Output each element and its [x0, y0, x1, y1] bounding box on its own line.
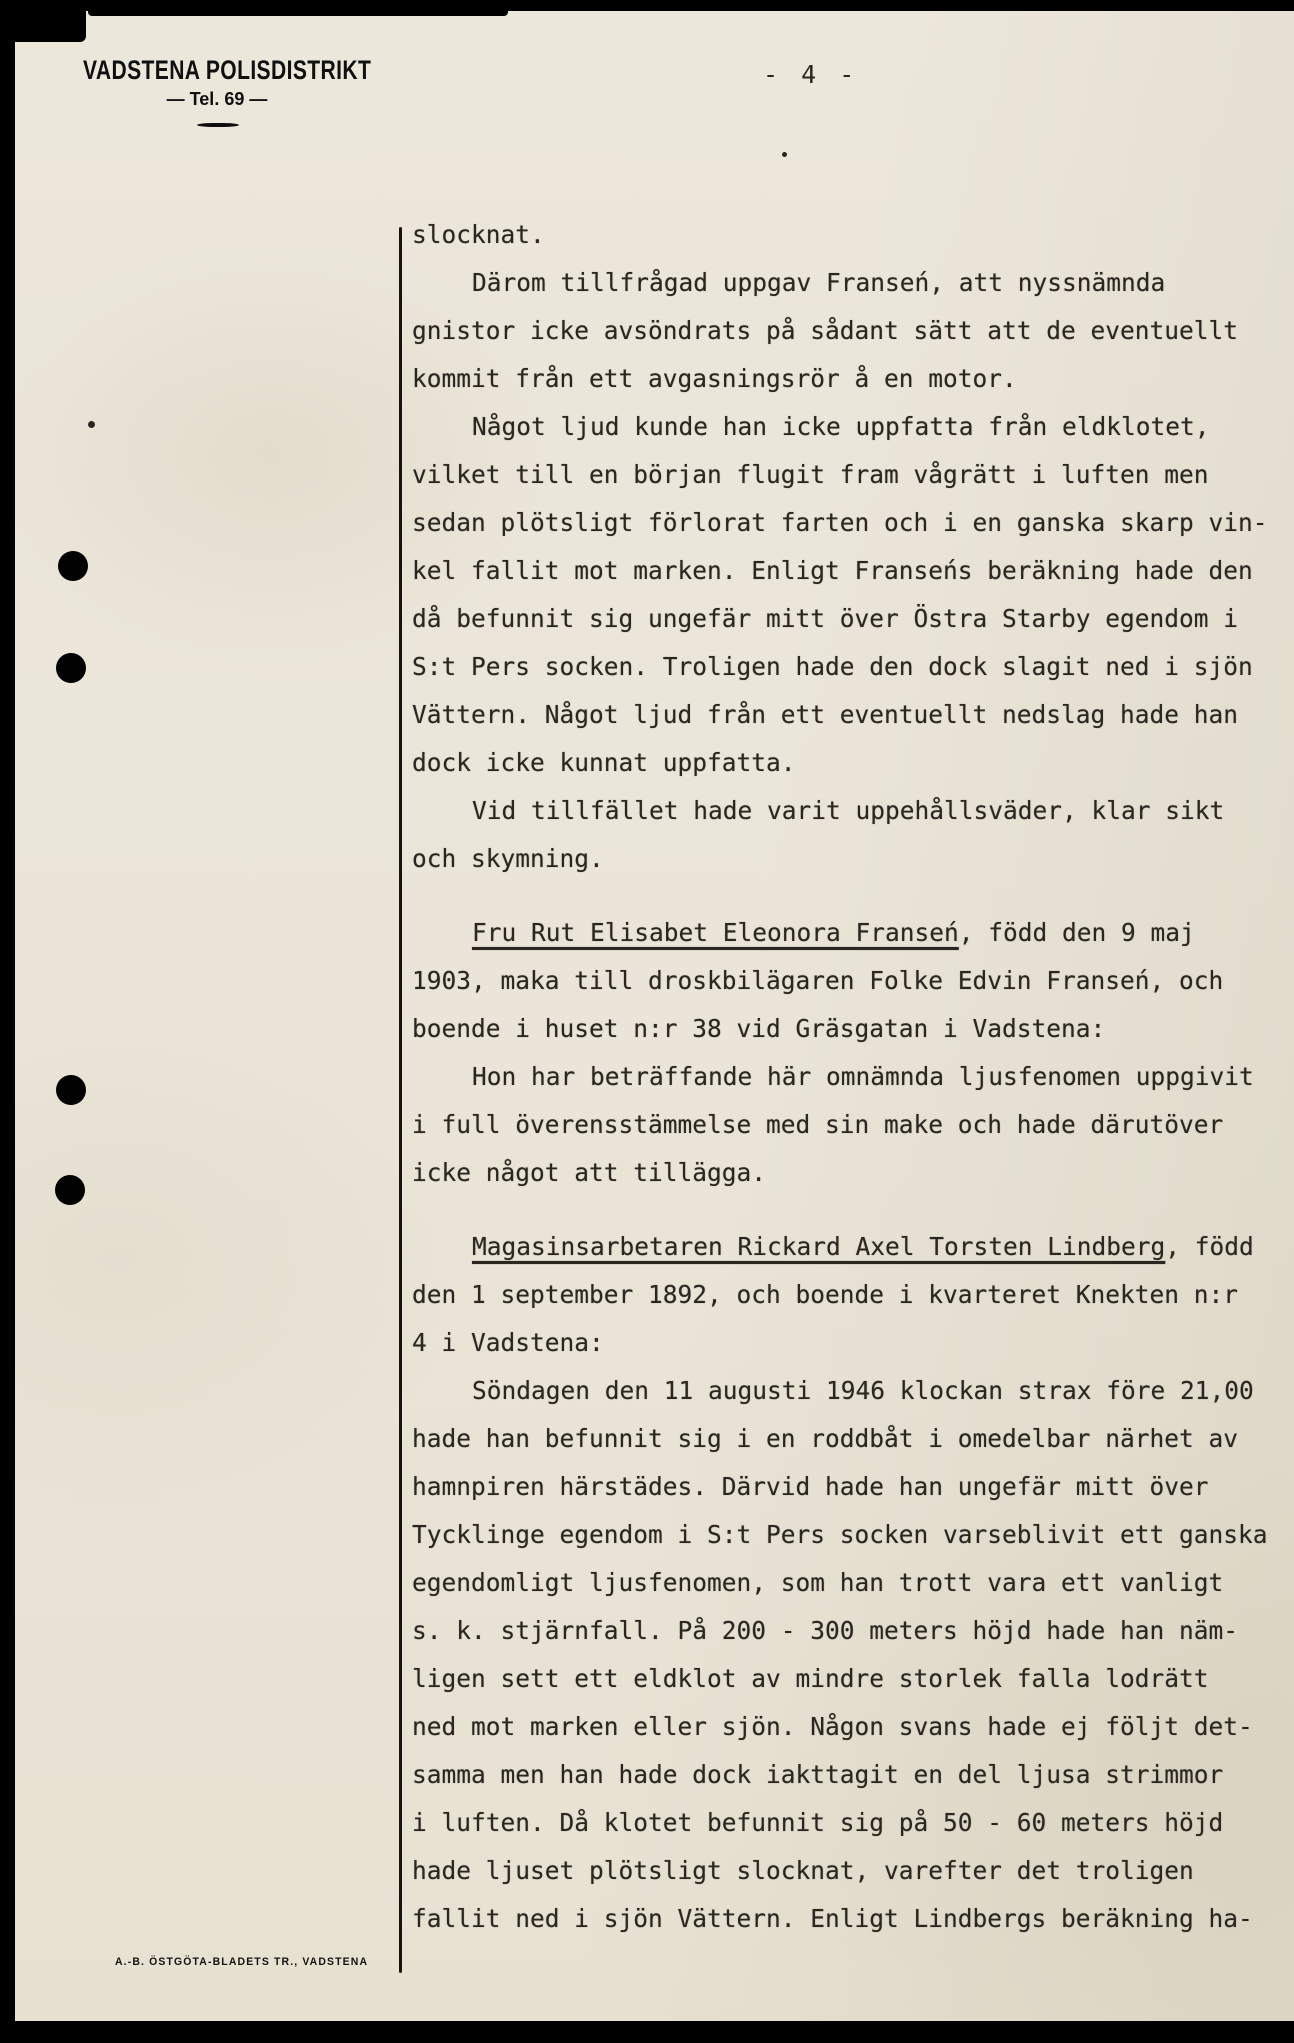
text-segment: ned mot marken eller sjön. Någon svans h…: [412, 1712, 1253, 1741]
text-line: icke något att tillägga.: [412, 1149, 1294, 1197]
text-segment: kommit från ett avgasningsrör å en motor…: [412, 364, 1017, 393]
text-line: ligen sett ett eldklot av mindre storlek…: [412, 1655, 1294, 1703]
text-line: Därom tillfrågad uppgav Franseń, att nys…: [412, 259, 1294, 307]
text-segment: hade ljuset plötsligt slocknat, varefter…: [412, 1856, 1194, 1885]
text-line: ned mot marken eller sjön. Någon svans h…: [412, 1703, 1294, 1751]
text-line: den 1 september 1892, och boende i kvart…: [412, 1271, 1294, 1319]
printer-imprint: A.-B. ÖSTGÖTA-BLADETS TR., VADSTENA: [115, 1956, 368, 1968]
text-line: slocknat.: [412, 211, 1294, 259]
text-segment: egendomligt ljusfenomen, som han trott v…: [412, 1568, 1223, 1597]
text-segment: sedan plötsligt förlorat farten och i en…: [412, 508, 1268, 537]
letterhead-telephone: — Tel. 69 —: [83, 89, 351, 110]
text-line: Söndagen den 11 augusti 1946 klockan str…: [412, 1367, 1294, 1415]
text-line: då befunnit sig ungefär mitt över Östra …: [412, 595, 1294, 643]
text-line: hamnpiren härstädes. Därvid hade han ung…: [412, 1463, 1294, 1511]
text-line: kel fallit mot marken. Enligt Franseńs b…: [412, 547, 1294, 595]
text-segment: slocknat.: [412, 220, 545, 249]
text-line: Fru Rut Elisabet Eleonora Franseń, född …: [412, 909, 1294, 957]
text-line: 4 i Vadstena:: [412, 1319, 1294, 1367]
text-segment: S:t Pers socken. Troligen hade den dock …: [412, 652, 1253, 681]
text-line: samma men han hade dock iakttagit en del…: [412, 1751, 1294, 1799]
text-segment: dock icke kunnat uppfatta.: [412, 748, 796, 777]
text-line: S:t Pers socken. Troligen hade den dock …: [412, 643, 1294, 691]
text-segment: i full överensstämmelse med sin make och…: [412, 1110, 1223, 1139]
text-line: s. k. stjärnfall. På 200 - 300 meters hö…: [412, 1607, 1294, 1655]
letterhead-flourish-rule: [197, 123, 239, 127]
text-line: gnistor icke avsöndrats på sådant sätt a…: [412, 307, 1294, 355]
text-line: dock icke kunnat uppfatta.: [412, 739, 1294, 787]
letterhead-organization: VADSTENA POLISDISTRIKT: [83, 55, 371, 86]
scan-artifact-top-edge: [88, 0, 508, 16]
text-segment: , född den 9 maj: [959, 918, 1195, 947]
text-line: boende i huset n:r 38 vid Gräsgatan i Va…: [412, 1005, 1294, 1053]
text-segment: s. k. stjärnfall. På 200 - 300 meters hö…: [412, 1616, 1238, 1645]
text-segment: kel fallit mot marken. Enligt Franseńs b…: [412, 556, 1253, 585]
scanned-police-document: { "colors": { "scan_background": "#00000…: [0, 0, 1294, 2043]
text-line: och skymning.: [412, 835, 1294, 883]
text-segment: gnistor icke avsöndrats på sådant sätt a…: [412, 316, 1238, 345]
hole-punch: [58, 551, 88, 581]
text-segment: Vättern. Något ljud från ett eventuellt …: [412, 700, 1238, 729]
scan-artifact-corner: [0, 0, 86, 42]
text-segment: , född: [1165, 1232, 1254, 1261]
text-segment: 1903, maka till droskbilägaren Folke Edv…: [412, 966, 1223, 995]
text-segment: Tycklinge egendom i S:t Pers socken vars…: [412, 1520, 1268, 1549]
text-segment: Därom tillfrågad uppgav Franseń, att nys…: [472, 268, 1165, 297]
text-segment: hade han befunnit sig i en roddbåt i ome…: [412, 1424, 1238, 1453]
underlined-name: Fru Rut Elisabet Eleonora Franseń: [472, 918, 959, 947]
text-segment: i luften. Då klotet befunnit sig på 50 -…: [412, 1808, 1223, 1837]
text-segment: vilket till en början flugit fram vågrät…: [412, 460, 1209, 489]
page-number: - 4 -: [763, 60, 858, 89]
text-segment: 4 i Vadstena:: [412, 1328, 604, 1357]
text-segment: och skymning.: [412, 844, 604, 873]
ink-speck: [88, 421, 95, 428]
text-line: Något ljud kunde han icke uppfatta från …: [412, 403, 1294, 451]
text-line: fallit ned i sjön Vättern. Enligt Lindbe…: [412, 1895, 1294, 1943]
text-segment: Något ljud kunde han icke uppfatta från …: [472, 412, 1210, 441]
text-line: Magasinsarbetaren Rickard Axel Torsten L…: [412, 1223, 1294, 1271]
typewritten-body: slocknat.Därom tillfrågad uppgav Franseń…: [412, 211, 1294, 1943]
text-segment: Söndagen den 11 augusti 1946 klockan str…: [472, 1376, 1254, 1405]
text-line: vilket till en början flugit fram vågrät…: [412, 451, 1294, 499]
text-segment: då befunnit sig ungefär mitt över Östra …: [412, 604, 1238, 633]
text-segment: den 1 september 1892, och boende i kvart…: [412, 1280, 1238, 1309]
text-line: kommit från ett avgasningsrör å en motor…: [412, 355, 1294, 403]
text-line: i luften. Då klotet befunnit sig på 50 -…: [412, 1799, 1294, 1847]
text-line: Vid tillfället hade varit uppehållsväder…: [412, 787, 1294, 835]
text-line: i full överensstämmelse med sin make och…: [412, 1101, 1294, 1149]
text-segment: samma men han hade dock iakttagit en del…: [412, 1760, 1223, 1789]
text-segment: ligen sett ett eldklot av mindre storlek…: [412, 1664, 1209, 1693]
margin-rule: [399, 227, 402, 1973]
text-line: Tycklinge egendom i S:t Pers socken vars…: [412, 1511, 1294, 1559]
text-segment: hamnpiren härstädes. Därvid hade han ung…: [412, 1472, 1209, 1501]
hole-punch: [56, 653, 86, 683]
underlined-name: Magasinsarbetaren Rickard Axel Torsten L…: [472, 1232, 1165, 1261]
ink-speck: [782, 152, 787, 157]
text-line: egendomligt ljusfenomen, som han trott v…: [412, 1559, 1294, 1607]
text-segment: Vid tillfället hade varit uppehållsväder…: [472, 796, 1224, 825]
text-segment: icke något att tillägga.: [412, 1158, 766, 1187]
text-segment: fallit ned i sjön Vättern. Enligt Lindbe…: [412, 1904, 1253, 1933]
text-line: 1903, maka till droskbilägaren Folke Edv…: [412, 957, 1294, 1005]
hole-punch: [56, 1075, 86, 1105]
text-line: hade ljuset plötsligt slocknat, varefter…: [412, 1847, 1294, 1895]
text-line: Hon har beträffande här omnämnda ljusfen…: [412, 1053, 1294, 1101]
text-segment: boende i huset n:r 38 vid Gräsgatan i Va…: [412, 1014, 1105, 1043]
text-line: hade han befunnit sig i en roddbåt i ome…: [412, 1415, 1294, 1463]
text-line: sedan plötsligt förlorat farten och i en…: [412, 499, 1294, 547]
text-segment: Hon har beträffande här omnämnda ljusfen…: [472, 1062, 1254, 1091]
hole-punch: [55, 1175, 85, 1205]
text-line: Vättern. Något ljud från ett eventuellt …: [412, 691, 1294, 739]
paper-sheet: VADSTENA POLISDISTRIKT — Tel. 69 — - 4 -…: [15, 11, 1294, 2021]
